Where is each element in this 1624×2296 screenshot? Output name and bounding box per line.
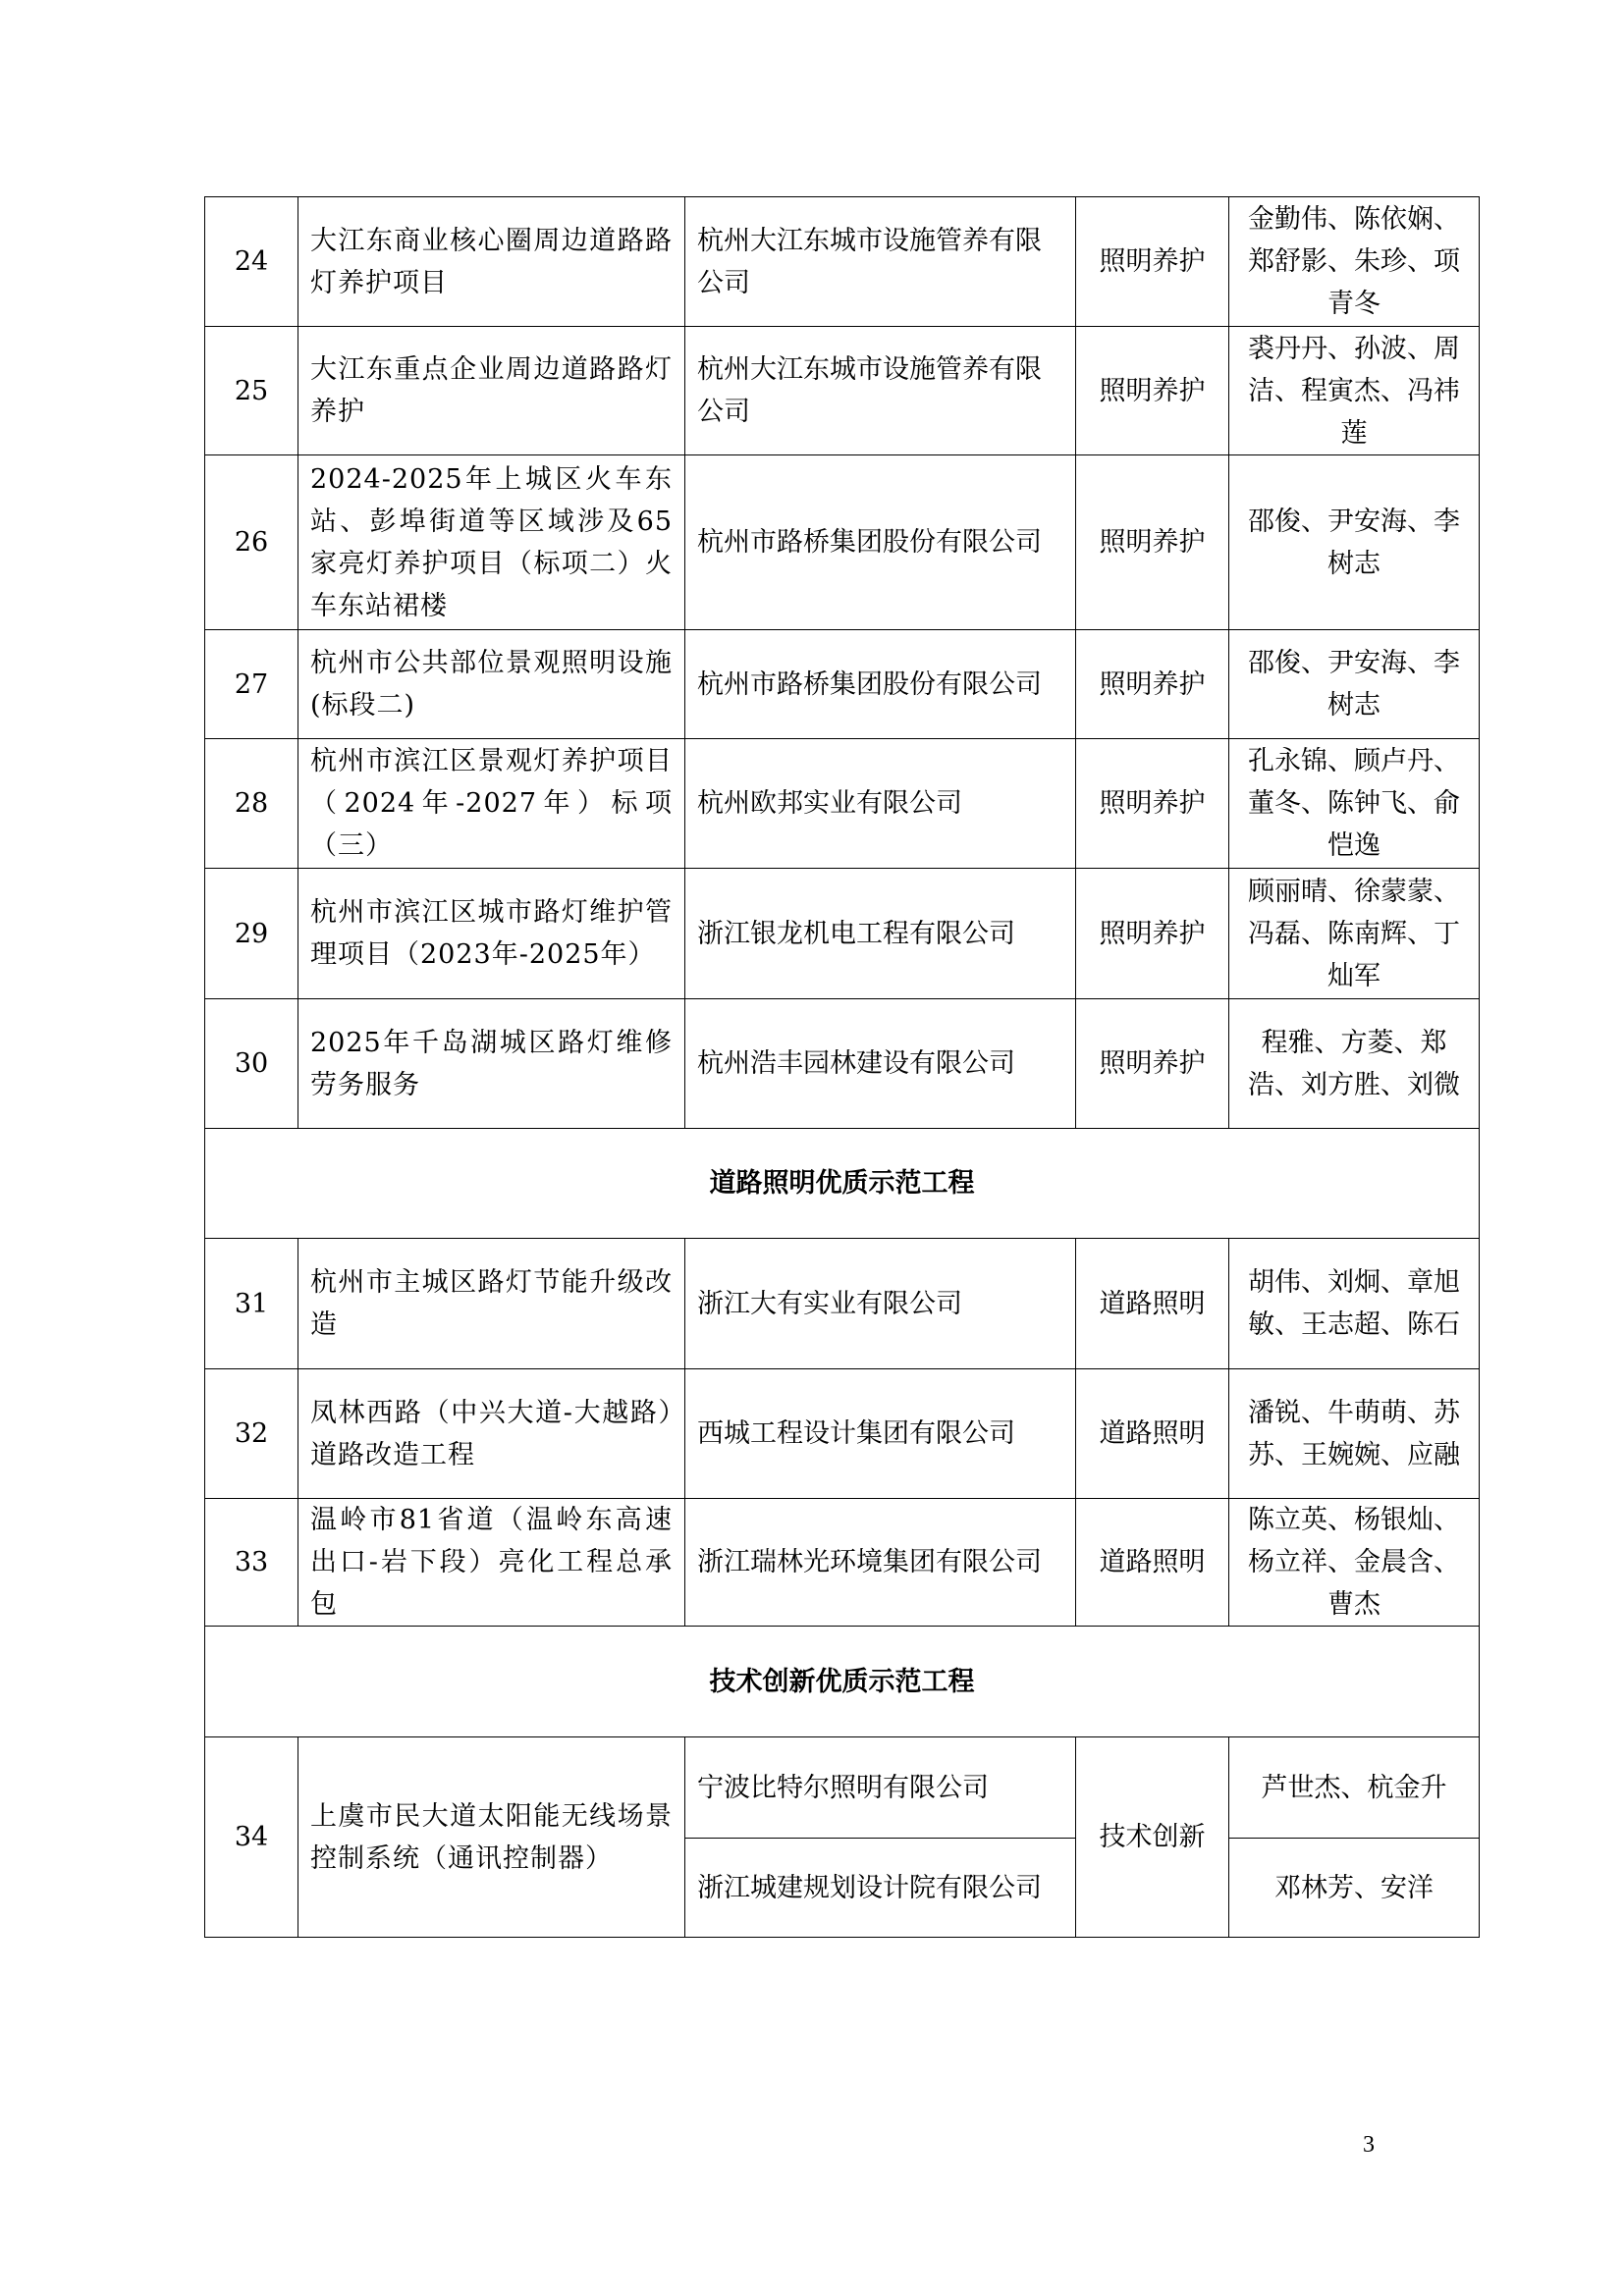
organization: 杭州浩丰园林建设有限公司 [685,999,1076,1129]
organization: 西城工程设计集团有限公司 [685,1369,1076,1499]
row-number: 24 [205,197,298,327]
category: 照明养护 [1076,869,1229,999]
members: 孔永锦、顾卢丹、董冬、陈钟飞、俞恺逸 [1229,739,1480,869]
organization: 杭州大江东城市设施管养有限公司 [685,197,1076,327]
project-name: 大江东商业核心圈周边道路路灯养护项目 [298,197,685,327]
table-row: 26 2024-2025年上城区火车东站、彭埠街道等区域涉及65家亮灯养护项目（… [205,455,1480,630]
category: 技术创新 [1076,1737,1229,1938]
row-number: 33 [205,1499,298,1627]
row-number: 30 [205,999,298,1129]
members: 邵俊、尹安海、李树志 [1229,630,1480,739]
row-number: 25 [205,327,298,455]
organization: 浙江城建规划设计院有限公司 [685,1839,1076,1938]
organization: 杭州欧邦实业有限公司 [685,739,1076,869]
category: 道路照明 [1076,1239,1229,1369]
members: 顾丽晴、徐蒙蒙、冯磊、陈南辉、丁灿军 [1229,869,1480,999]
section-title-tech-innovation: 技术创新优质示范工程 [205,1627,1480,1737]
organization: 杭州大江东城市设施管养有限公司 [685,327,1076,455]
members: 邵俊、尹安海、李树志 [1229,455,1480,630]
project-name: 杭州市主城区路灯节能升级改造 [298,1239,685,1369]
members: 胡伟、刘炯、章旭敏、王志超、陈石 [1229,1239,1480,1369]
row-number: 27 [205,630,298,739]
project-name: 2025年千岛湖城区路灯维修劳务服务 [298,999,685,1129]
awards-table: 24 大江东商业核心圈周边道路路灯养护项目 杭州大江东城市设施管养有限公司 照明… [204,196,1480,1938]
organization: 杭州市路桥集团股份有限公司 [685,630,1076,739]
row-number: 34 [205,1737,298,1938]
category: 道路照明 [1076,1499,1229,1627]
project-name: 杭州市公共部位景观照明设施(标段二) [298,630,685,739]
category: 照明养护 [1076,197,1229,327]
project-name: 杭州市滨江区景观灯养护项目（2024年-2027年）标项（三） [298,739,685,869]
organization: 宁波比特尔照明有限公司 [685,1737,1076,1839]
organization: 浙江银龙机电工程有限公司 [685,869,1076,999]
table-row: 27 杭州市公共部位景观照明设施(标段二) 杭州市路桥集团股份有限公司 照明养护… [205,630,1480,739]
table-row: 30 2025年千岛湖城区路灯维修劳务服务 杭州浩丰园林建设有限公司 照明养护 … [205,999,1480,1129]
organization: 浙江瑞林光环境集团有限公司 [685,1499,1076,1627]
category: 照明养护 [1076,455,1229,630]
members: 潘锐、牛萌萌、苏苏、王婉婉、应融 [1229,1369,1480,1499]
project-name: 大江东重点企业周边道路路灯养护 [298,327,685,455]
section-header-row: 道路照明优质示范工程 [205,1129,1480,1239]
table-row: 31 杭州市主城区路灯节能升级改造 浙江大有实业有限公司 道路照明 胡伟、刘炯、… [205,1239,1480,1369]
table-row: 24 大江东商业核心圈周边道路路灯养护项目 杭州大江东城市设施管养有限公司 照明… [205,197,1480,327]
organization: 浙江大有实业有限公司 [685,1239,1076,1369]
project-name: 杭州市滨江区城市路灯维护管理项目（2023年-2025年） [298,869,685,999]
table-row: 34 上虞市民大道太阳能无线场景控制系统（通讯控制器） 宁波比特尔照明有限公司 … [205,1737,1480,1839]
category: 照明养护 [1076,630,1229,739]
section-header-row: 技术创新优质示范工程 [205,1627,1480,1737]
table-row: 25 大江东重点企业周边道路路灯养护 杭州大江东城市设施管养有限公司 照明养护 … [205,327,1480,455]
table-row: 29 杭州市滨江区城市路灯维护管理项目（2023年-2025年） 浙江银龙机电工… [205,869,1480,999]
project-name: 2024-2025年上城区火车东站、彭埠街道等区域涉及65家亮灯养护项目（标项二… [298,455,685,630]
section-title-road-lighting: 道路照明优质示范工程 [205,1129,1480,1239]
table-row: 32 凤林西路（中兴大道-大越路）道路改造工程 西城工程设计集团有限公司 道路照… [205,1369,1480,1499]
row-number: 29 [205,869,298,999]
organization: 杭州市路桥集团股份有限公司 [685,455,1076,630]
page-number: 3 [1363,2132,1375,2159]
project-name: 温岭市81省道（温岭东高速出口-岩下段）亮化工程总承包 [298,1499,685,1627]
table-row: 33 温岭市81省道（温岭东高速出口-岩下段）亮化工程总承包 浙江瑞林光环境集团… [205,1499,1480,1627]
members: 金勤伟、陈依娴、郑舒影、朱珍、项青冬 [1229,197,1480,327]
members: 陈立英、杨银灿、杨立祥、金晨含、曹杰 [1229,1499,1480,1627]
row-number: 26 [205,455,298,630]
row-number: 28 [205,739,298,869]
category: 照明养护 [1076,327,1229,455]
members: 裘丹丹、孙波、周洁、程寅杰、冯祎莲 [1229,327,1480,455]
row-number: 32 [205,1369,298,1499]
members: 芦世杰、杭金升 [1229,1737,1480,1839]
category: 照明养护 [1076,739,1229,869]
members: 程雅、方菱、郑浩、刘方胜、刘微 [1229,999,1480,1129]
table-row: 28 杭州市滨江区景观灯养护项目（2024年-2027年）标项（三） 杭州欧邦实… [205,739,1480,869]
project-name: 上虞市民大道太阳能无线场景控制系统（通讯控制器） [298,1737,685,1938]
project-name: 凤林西路（中兴大道-大越路）道路改造工程 [298,1369,685,1499]
members: 邓林芳、安洋 [1229,1839,1480,1938]
row-number: 31 [205,1239,298,1369]
category: 道路照明 [1076,1369,1229,1499]
category: 照明养护 [1076,999,1229,1129]
